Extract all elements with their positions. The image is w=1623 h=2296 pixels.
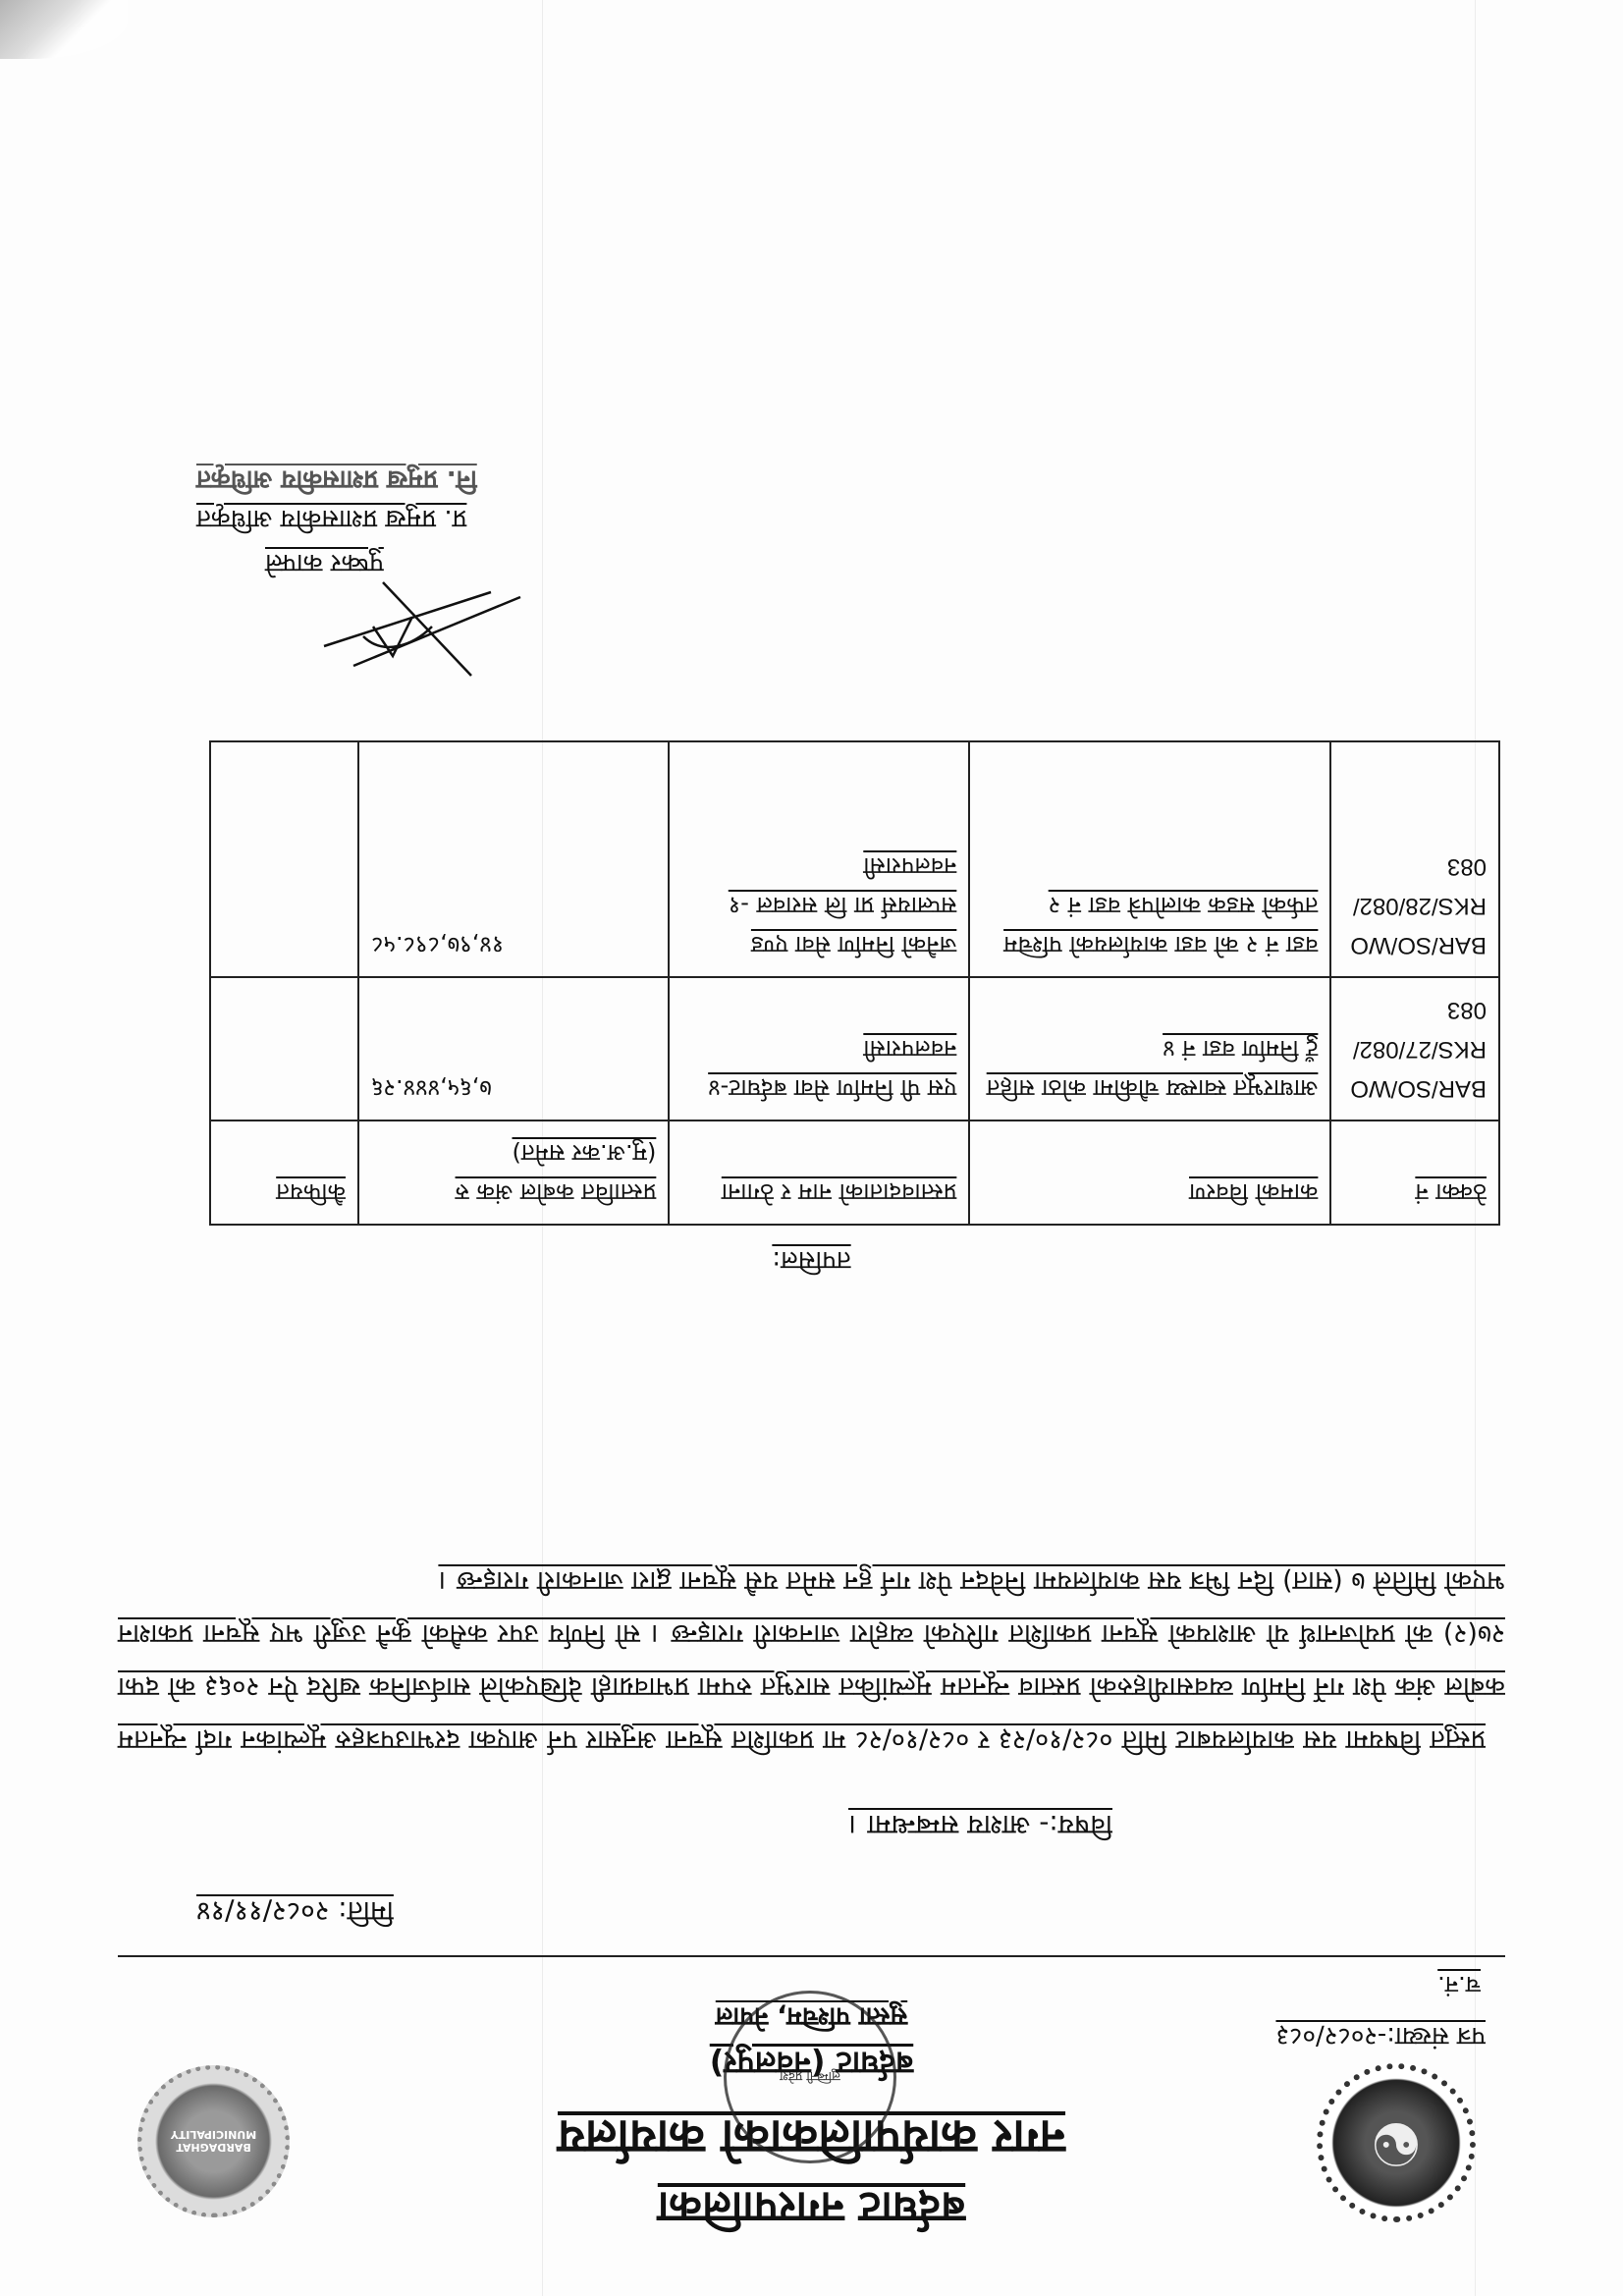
remarks: [210, 741, 358, 977]
header-amount: प्रस्तावित कबोल अंक रु (मु.अ.कर समेत): [358, 1121, 669, 1225]
letter-number: पत्र संख्या:-२०८२/०८३: [1275, 2020, 1486, 2055]
header-bidder: प्रस्तावदाताको नाम र ठेगाना: [669, 1121, 969, 1225]
bid-table: ठेक्का नं कामको विवरण प्रस्तावदाताको नाम…: [209, 740, 1500, 1226]
remarks: [210, 977, 358, 1121]
signatory-title: प्र. प्रमुख प्रशासकीय अधिकृत: [196, 503, 466, 538]
bidder-name: एस पी निर्माण सेवा बर्दघाट-४ नवलपरासी: [669, 977, 969, 1121]
page-curl: [0, 0, 128, 59]
office-stamp: लुम्बिनी प्रदेश: [724, 1991, 896, 2163]
header-work: कामको विवरण: [969, 1121, 1330, 1225]
stamp-text: लुम्बिनी प्रदेश: [780, 2068, 840, 2086]
work-description: वडा नं २ को वडा कार्यालयको पश्चिम तर्फको…: [969, 741, 1330, 977]
bid-amount: ७,६५,४४४.२६: [358, 977, 669, 1121]
header-remarks: कैफियत: [210, 1121, 358, 1225]
header-divider: [118, 1955, 1505, 1957]
letter-date: मिति: २०८२/११/१४: [196, 1893, 394, 1931]
signatory-name: पुष्कर काफ्ले: [265, 547, 384, 582]
scanned-letter: ☯ BARDAGHAT MUNICIPALITY बर्दघाट नगरपालि…: [0, 0, 1623, 2296]
bidder-name: जनैको निर्माण सेवा एण्ड सप्लायर्स प्रा ल…: [669, 741, 969, 977]
table-row: BAR/SO/WORKS/27/082/083 आधारभूत स्वास्थ्…: [210, 977, 1499, 1121]
contract-no: BAR/SO/WORKS/27/082/083: [1330, 977, 1499, 1121]
letter-subject: विषय:- आशय सम्बन्धमा ।: [848, 1807, 1112, 1844]
table-header-row: ठेक्का नं कामको विवरण प्रस्तावदाताको नाम…: [210, 1121, 1499, 1225]
letter-body: प्रस्तुत विषयमा यस कार्यालयबाट मिति ०८२/…: [118, 1554, 1505, 1766]
signature-icon: [314, 577, 530, 685]
details-label: तपसिल:: [0, 1244, 1623, 1280]
header-contract-no: ठेक्का नं: [1330, 1121, 1499, 1225]
bid-amount: १४,९७,८९८.५८: [358, 741, 669, 977]
table-row: BAR/SO/WORKS/28/082/083 वडा नं २ को वडा …: [210, 741, 1499, 977]
signatory-stamp: नि. प्रमुख प्रशासकीय अधिकृत: [196, 464, 477, 499]
municipality-name: बर्दघाट नगरपालिका: [0, 2180, 1623, 2239]
dispatch-number: च.नं.: [1437, 1969, 1481, 2001]
contract-no: BAR/SO/WORKS/28/082/083: [1330, 741, 1499, 977]
work-description: आधारभूत स्वास्थ्य चौकीमा कोठा सहित टुँ न…: [969, 977, 1330, 1121]
